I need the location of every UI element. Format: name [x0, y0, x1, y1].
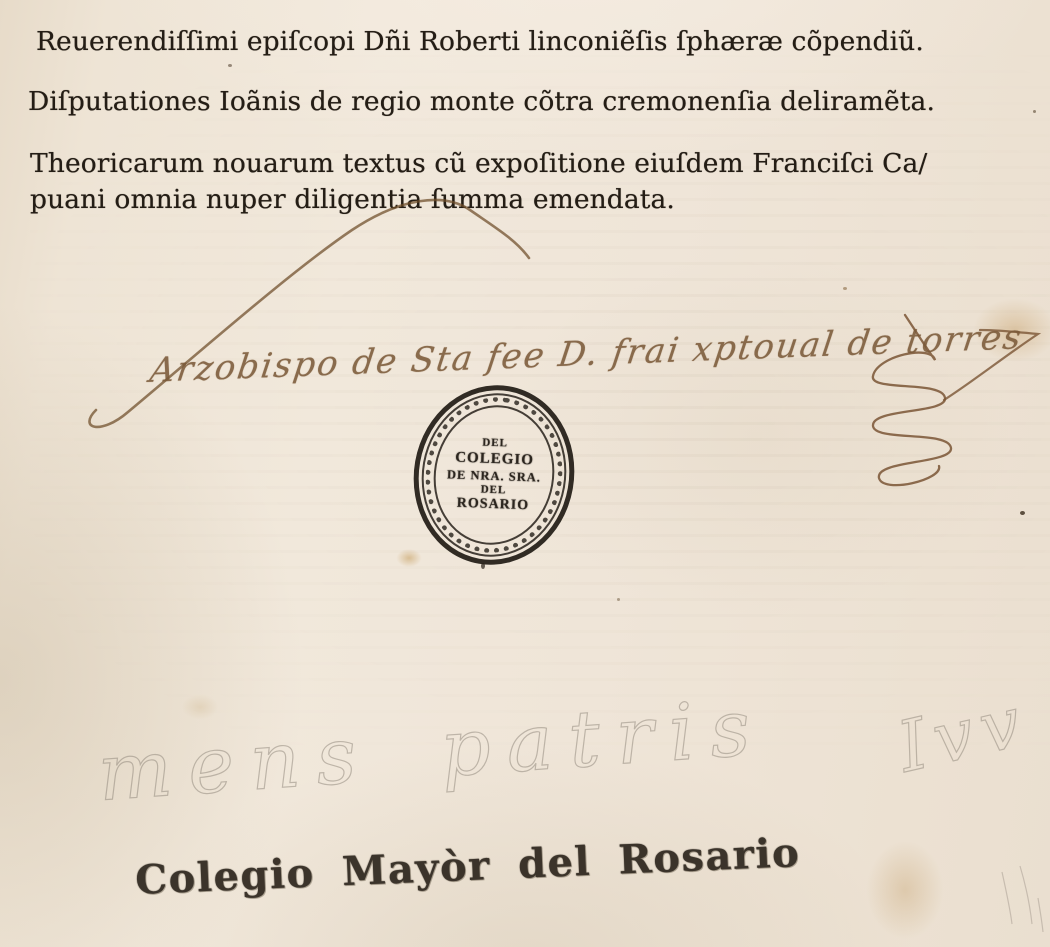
- printed-line-3-4: Theoricarum nouarum textus cũ expoſition…: [30, 146, 927, 218]
- ink-speck: [228, 64, 232, 67]
- ink-speck: [843, 287, 847, 290]
- printed-line-3: Theoricarum nouarum textus cũ expoſition…: [30, 148, 927, 179]
- ownership-inscription: Arzobispo de Sta fee D. frai xptoual de …: [148, 317, 1026, 391]
- oval-library-stamp: DEL COLEGIO DE NRA. SRA. DEL ROSARIO: [400, 372, 589, 577]
- pencil-text-right: Ivv: [888, 679, 1036, 789]
- book-page-scan: Reuerendiſſimi epiſcopi Dñi Roberti linc…: [0, 0, 1050, 947]
- pencil-scribble-marks: [1002, 866, 1043, 932]
- printed-line-2: Diſputationes Ioãnis de regio monte cõtr…: [28, 86, 935, 117]
- stamp-line-1: DEL: [482, 437, 508, 450]
- ink-speck: [1033, 110, 1036, 113]
- ink-speck: [1020, 511, 1025, 515]
- pencil-text-main: mens patris: [95, 682, 769, 818]
- printed-line-1: Reuerendiſſimi epiſcopi Dñi Roberti linc…: [36, 26, 924, 57]
- ink-speck: [617, 598, 620, 601]
- bottom-ownership-stamp: Colegio Mayòr del Rosario: [134, 829, 801, 904]
- stamp-line-3: DE NRA. SRA.: [447, 467, 541, 484]
- printed-line-4: puani omnia nuper diligentia ſumma emend…: [30, 184, 675, 215]
- stamp-line-2: COLEGIO: [455, 449, 534, 469]
- stamp-text-block: DEL COLEGIO DE NRA. SRA. DEL ROSARIO: [436, 407, 553, 543]
- stamp-line-4: DEL: [480, 483, 506, 496]
- stamp-line-5: ROSARIO: [457, 496, 530, 514]
